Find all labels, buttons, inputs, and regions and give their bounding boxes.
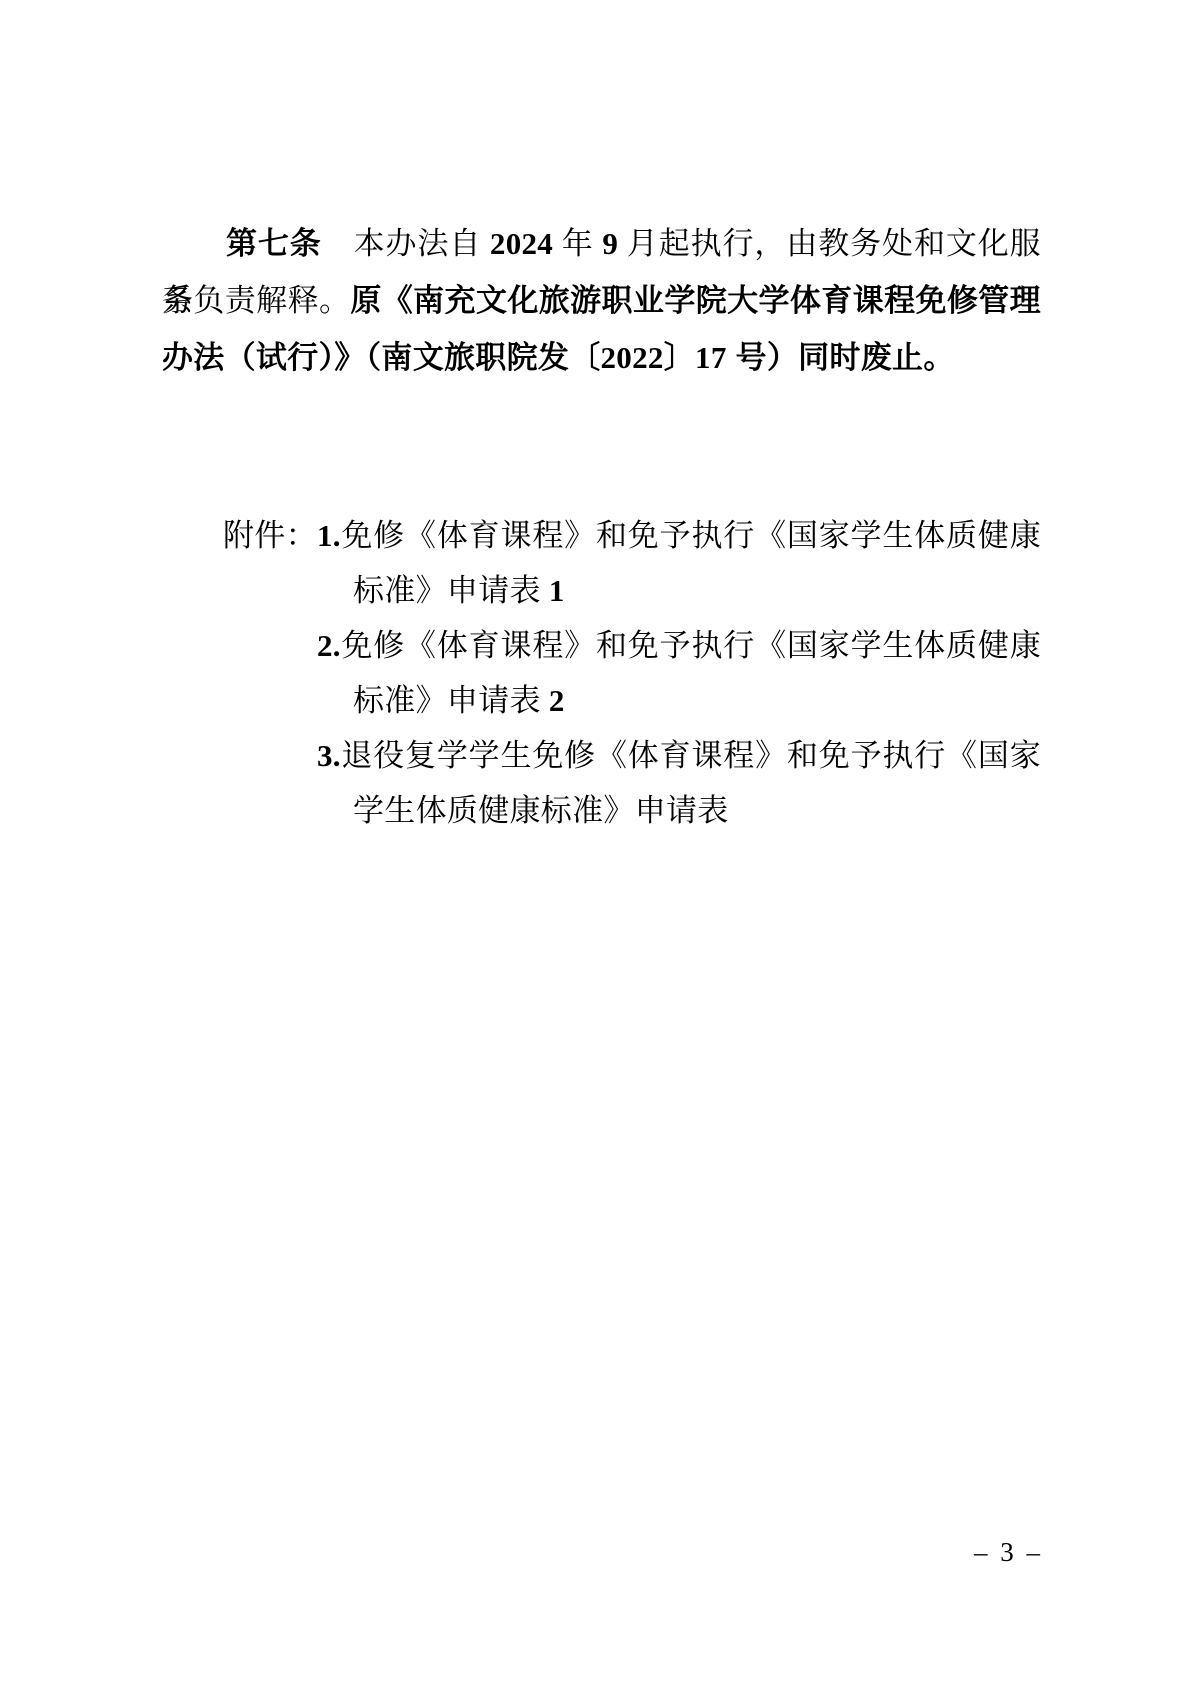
doc-issue-number-run: 17 — [695, 340, 727, 375]
attachment-item-2-line-2: 标准》申请表 2 — [353, 673, 1041, 728]
paragraph-line: 第七条 本办法自 2024 年 9 月起执行，由教务处和文化服务 — [162, 215, 1041, 272]
doc-issue-year-run: 2022 — [601, 340, 664, 375]
attachment-item-text: 免修《体育课程》和免予执行《国家学生体质健康 — [341, 628, 1041, 663]
attachment-item-number: 2. — [317, 628, 341, 663]
attachment-item-3-line-2: 学生体质健康标准》申请表 — [353, 783, 1041, 838]
attachment-item-text: 标准》申请表 — [353, 683, 549, 718]
attachment-item-text: 免修《体育课程》和免予执行《国家学生体质健康 — [341, 518, 1041, 553]
attachment-item-2-line-1: 2.免修《体育课程》和免予执行《国家学生体质健康 — [317, 618, 1041, 673]
attachment-row: 附件： 1.免修《体育课程》和免予执行《国家学生体质健康 — [223, 508, 1041, 563]
body-text-run: 本办法自 — [322, 226, 490, 261]
paragraph-line: 办法（试行）》（南文旅职院发〔2022〕17 号）同时废止。 — [162, 329, 1041, 386]
clause-heading-run: 第七条 — [226, 226, 322, 261]
attachments-label: 附件： — [223, 508, 317, 563]
body-text-run: 年 — [553, 226, 602, 261]
article-clause-paragraph: 第七条 本办法自 2024 年 9 月起执行，由教务处和文化服务 系负责解释。原… — [162, 215, 1041, 386]
repealed-regulation-title-run: 原《南充文化旅游职业学院大学体育课程免修管理 — [350, 283, 1041, 318]
document-page: 第七条 本办法自 2024 年 9 月起执行，由教务处和文化服务 系负责解释。原… — [0, 0, 1190, 1683]
attachment-item-1-line-1: 1.免修《体育课程》和免予执行《国家学生体质健康 — [317, 508, 1041, 563]
attachment-form-number: 2 — [549, 683, 565, 718]
repealed-regulation-title-run: 办法（试行）》（南文旅职院发〔 — [162, 340, 601, 375]
page-number: – 3 – — [974, 1537, 1043, 1567]
attachment-item-text: 标准》申请表 — [353, 573, 549, 608]
attachment-form-number: 1 — [549, 573, 565, 608]
year-number-run: 2024 — [490, 226, 553, 261]
body-text-run: 系负责解释。 — [162, 283, 350, 318]
attachment-item-text: 学生体质健康标准》申请表 — [353, 793, 729, 828]
month-number-run: 9 — [602, 226, 618, 261]
attachment-item-text: 退役复学学生免修《体育课程》和免予执行《国家 — [341, 738, 1041, 773]
repealed-regulation-title-run: 〕 — [664, 340, 695, 375]
attachments-block: 附件： 1.免修《体育课程》和免予执行《国家学生体质健康 标准》申请表 1 2.… — [223, 508, 1041, 838]
repealed-regulation-title-run: 号）同时废止。 — [727, 340, 955, 375]
attachment-item-3-line-1: 3.退役复学学生免修《体育课程》和免予执行《国家 — [317, 728, 1041, 783]
paragraph-line: 系负责解释。原《南充文化旅游职业学院大学体育课程免修管理 — [162, 272, 1041, 329]
attachment-item-number: 1. — [317, 518, 341, 553]
attachment-item-1-line-2: 标准》申请表 1 — [353, 563, 1041, 618]
attachment-item-number: 3. — [317, 738, 341, 773]
